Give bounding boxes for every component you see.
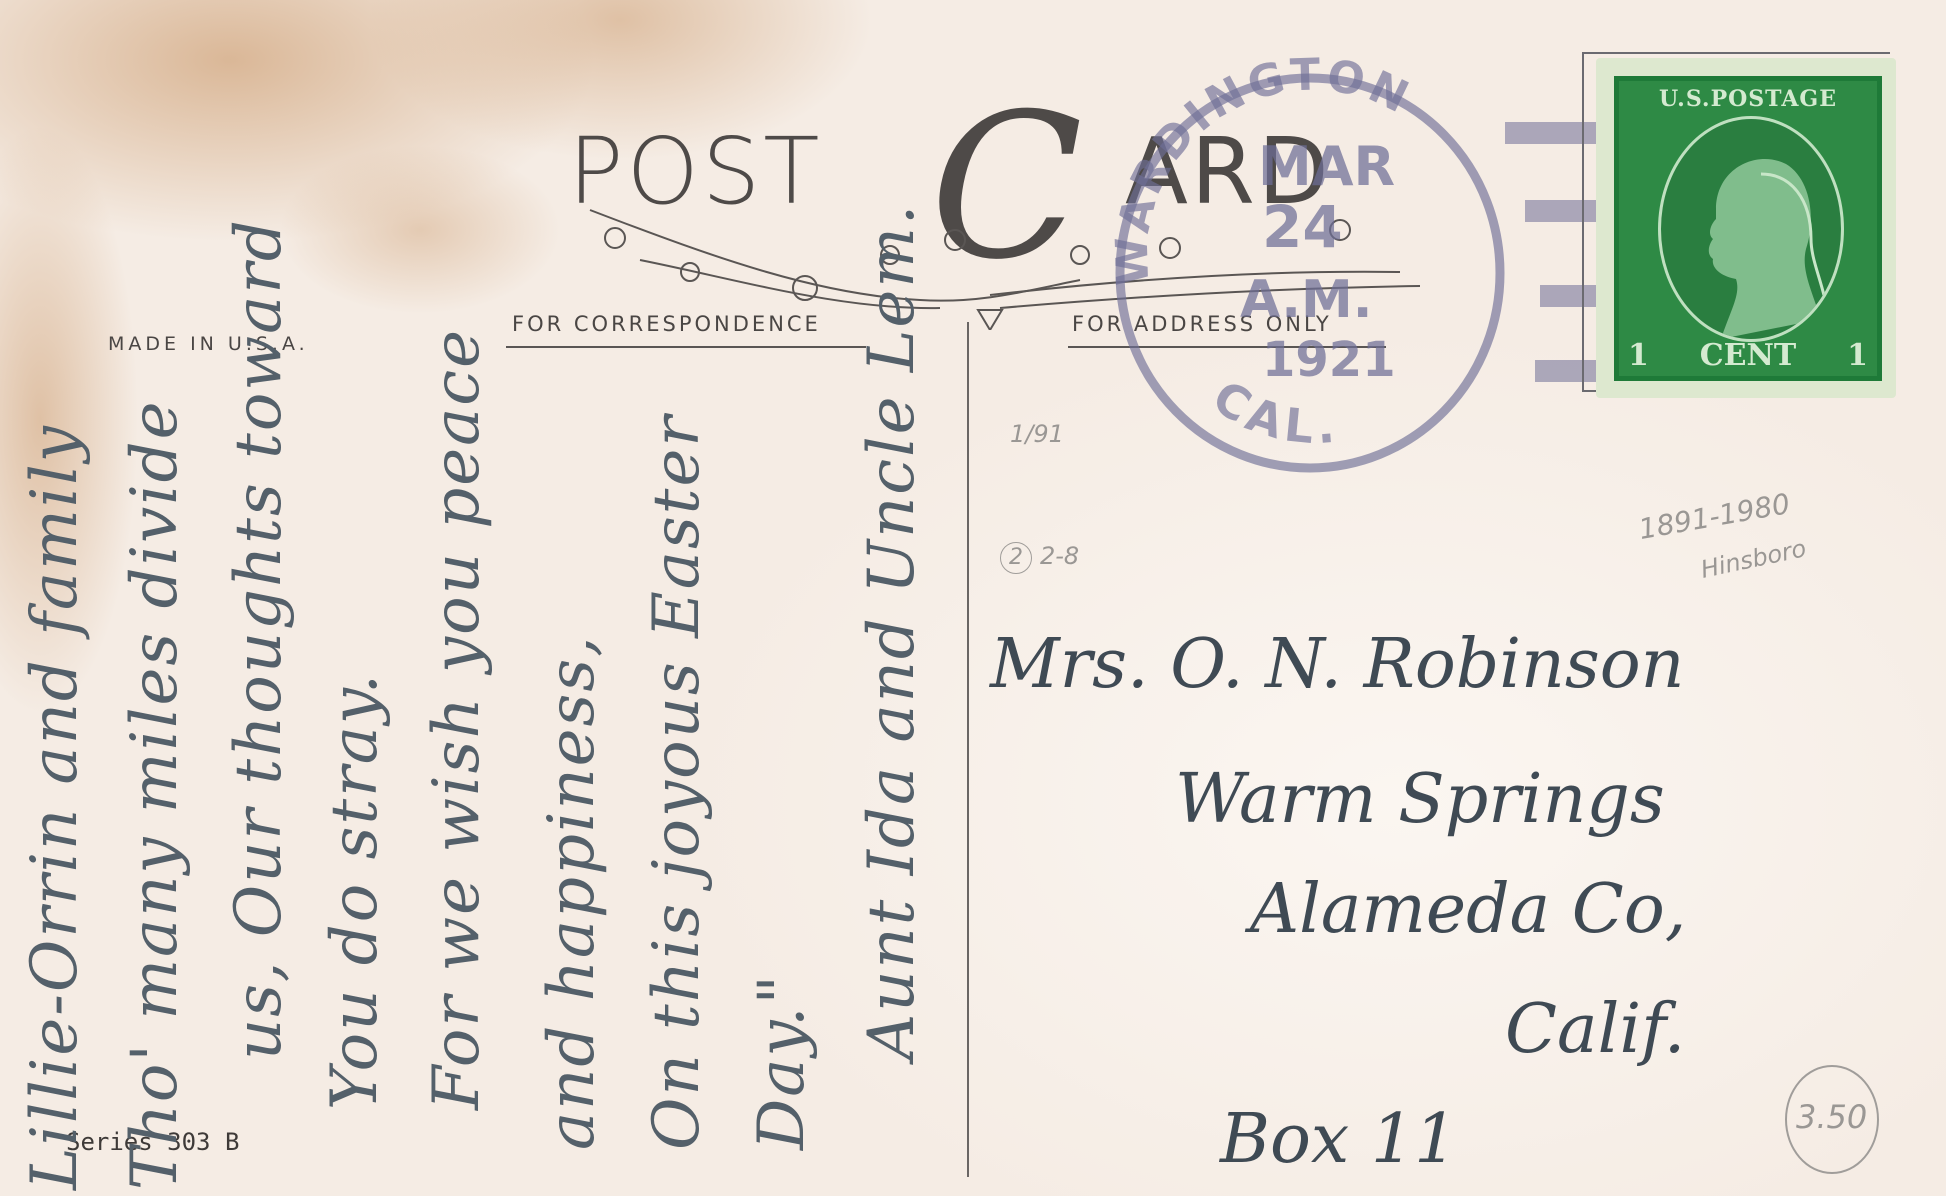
- pencil-note-a: 1/91: [1010, 420, 1064, 448]
- stamp-denomination: 1 CENT 1: [1614, 338, 1882, 373]
- correspondence-underline: [506, 346, 866, 348]
- recipient-name: Mrs. O. N. Robinson: [990, 625, 1684, 704]
- stamp-value-left: 1: [1628, 338, 1649, 373]
- stamp-us-postage-text: U.S.POSTAGE: [1614, 86, 1882, 112]
- address-line-1: Warm Springs: [1175, 760, 1665, 839]
- center-divider-line: [967, 322, 969, 1177]
- address-line-3: Calif.: [1505, 990, 1685, 1069]
- stamp-value-text: CENT: [1700, 338, 1797, 373]
- address-box: Box 11: [1220, 1100, 1457, 1179]
- stamp-value-right: 1: [1847, 338, 1868, 373]
- pencil-circled-number: 2: [1000, 542, 1032, 574]
- message-line: You do stray.: [318, 672, 392, 1110]
- postmark-month: MAR: [1258, 135, 1395, 198]
- address-line-2: Alameda Co,: [1250, 870, 1686, 949]
- pencil-place-name: Hinsboro: [1698, 534, 1808, 584]
- message-line: For we wish you peace: [420, 328, 494, 1110]
- pencil-price: 3.50: [1796, 1098, 1867, 1136]
- message-line: Lillie-Orrin and family: [18, 424, 92, 1190]
- postmark-day: 24: [1262, 193, 1343, 261]
- stamp-portrait-oval: [1658, 116, 1844, 342]
- postmark-time: A.M.: [1240, 270, 1372, 330]
- message-line: Day.": [745, 973, 819, 1150]
- postcard-back: MADE IN U.S.A. POST C ARD FOR CORRESPOND…: [0, 0, 1946, 1196]
- message-line: Tho' many miles divide: [118, 399, 192, 1190]
- postmark-year: 1921: [1262, 332, 1396, 388]
- series-number-label: Series 303 B: [66, 1128, 239, 1156]
- made-in-usa-label: MADE IN U.S.A.: [108, 333, 309, 355]
- for-correspondence-label: FOR CORRESPONDENCE: [512, 312, 821, 336]
- washington-portrait-icon: [1661, 119, 1841, 339]
- pencil-life-dates: 1891-1980: [1636, 487, 1792, 546]
- message-line: On this joyous Easter: [640, 414, 714, 1150]
- message-line: and happiness,: [535, 634, 609, 1150]
- pencil-note-b: 2-8: [1040, 542, 1079, 570]
- postage-stamp: U.S.POSTAGE 1 CENT 1: [1614, 76, 1882, 381]
- message-signature: Aunt Ida and Uncle Lem.: [855, 203, 929, 1060]
